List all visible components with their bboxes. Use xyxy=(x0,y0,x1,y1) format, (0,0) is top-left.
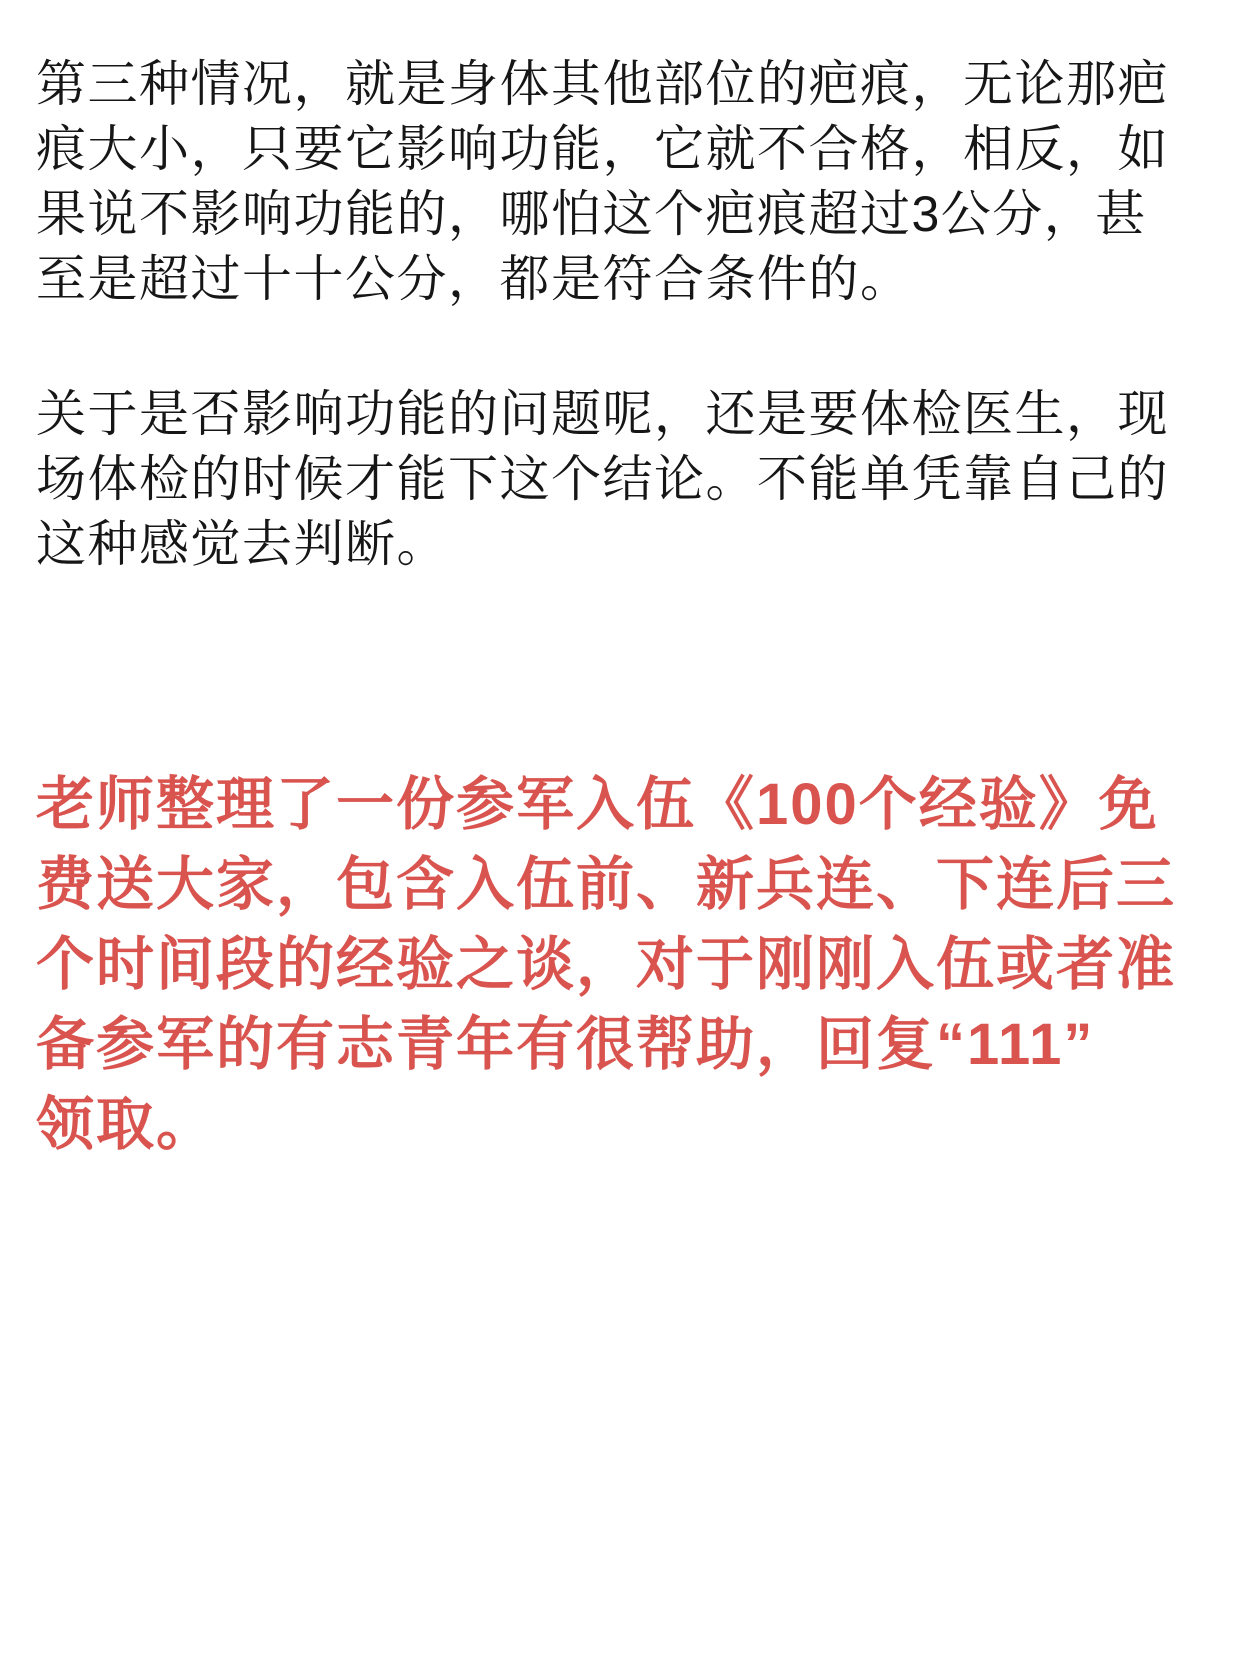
paragraph-scar-rule: 第三种情况，就是身体其他部位的疤痕，无论那疤痕大小，只要它影响功能，它就不合格，… xyxy=(36,52,1206,312)
text-line: 个时间段的经验之谈，对于刚刚入伍或者准 xyxy=(36,925,1206,1005)
text-line: 果说不影响功能的，哪怕这个疤痕超过3公分，甚 xyxy=(36,182,1206,247)
paragraph-doctor-judgement: 关于是否影响功能的问题呢，还是要体检医生，现场体检的时候才能下这个结论。不能单凭… xyxy=(36,382,1206,577)
text-line: 至是超过十十公分，都是符合条件的。 xyxy=(36,247,1206,312)
text-line: 第三种情况，就是身体其他部位的疤痕，无论那疤 xyxy=(36,52,1206,117)
text-line: 痕大小，只要它影响功能，它就不合格，相反，如 xyxy=(36,117,1206,182)
text-line: 老师整理了一份参军入伍《100个经验》免 xyxy=(36,765,1206,845)
text-line: 场体检的时候才能下这个结论。不能单凭靠自己的 xyxy=(36,447,1206,512)
text-line: 领取。 xyxy=(36,1085,1206,1165)
text-line: 这种感觉去判断。 xyxy=(36,512,1206,577)
text-line: 备参军的有志青年有很帮助，回复“111” xyxy=(36,1005,1206,1085)
paragraph-promo-reply-111: 老师整理了一份参军入伍《100个经验》免费送大家，包含入伍前、新兵连、下连后三个… xyxy=(36,765,1206,1165)
text-line: 关于是否影响功能的问题呢，还是要体检医生，现 xyxy=(36,382,1206,447)
text-line: 费送大家，包含入伍前、新兵连、下连后三 xyxy=(36,845,1206,925)
